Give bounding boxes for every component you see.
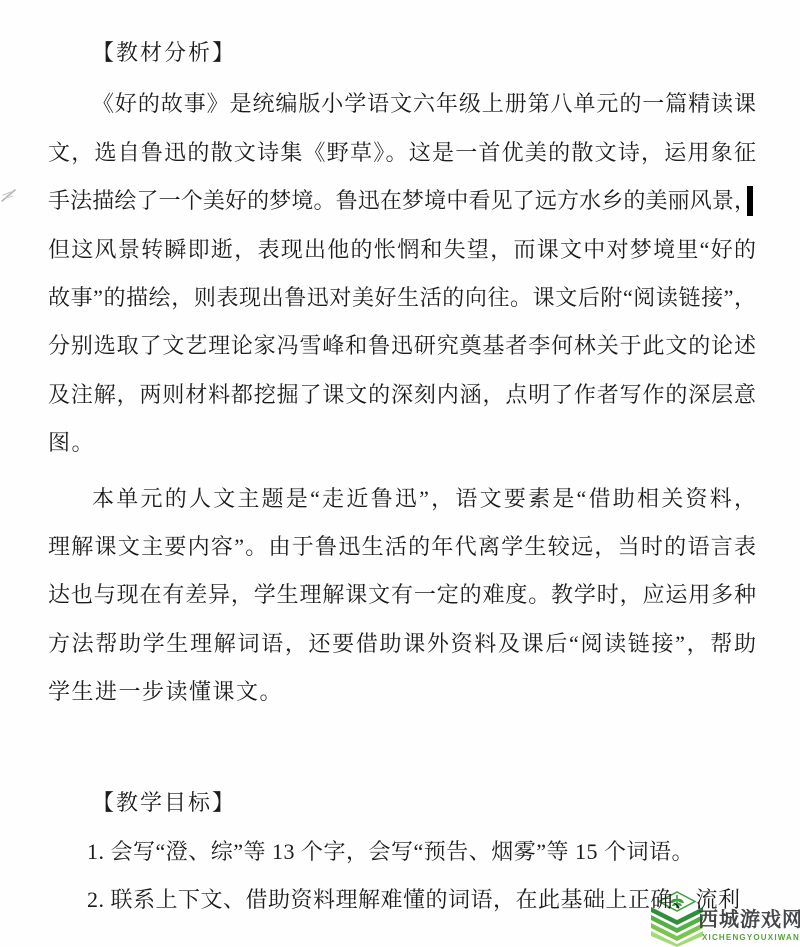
text-line: 文，选自鲁迅的散文诗集《野草》。这是一首优美的散文诗，运用象征 [48, 129, 756, 177]
text-line: 方法帮助学生理解词语，还要借助课外资料及课后“阅读链接”，帮助 [48, 620, 756, 668]
text-line: 达也与现在有差异，学生理解课文有一定的难度。教学时，应运用多种 [48, 571, 756, 619]
text-line: 分别选取了文艺理论家冯雪峰和鲁迅研究奠基者李何林关于此文的论述 [48, 322, 756, 370]
watermark-site-pinyin: XICHENGYOUXIWANG [702, 933, 800, 942]
text-line: 手法描绘了一个美好的梦境。鲁迅在梦境中看见了远方水乡的美丽风景， [48, 177, 756, 225]
text-line: 理解课文主要内容”。由于鲁迅生活的年代离学生较远，当时的语言表 [48, 523, 756, 571]
text-line: 但这风景转瞬即逝，表现出他的怅惘和失望，而课文中对梦境里“好的 [48, 226, 756, 274]
text-line: 《好的故事》是统编版小学语文六年级上册第八单元的一篇精读课 [48, 80, 756, 128]
smudge-mark [0, 182, 24, 208]
section-heading-goals: 【教学目标】 [48, 779, 756, 827]
list-item: 2. 联系上下文、借助资料理解难懂的词语，在此基础上正确、流利 [48, 876, 756, 924]
section-heading-analysis: 【教材分析】 [48, 29, 756, 77]
text-line: 故事”的描绘，则表现出鲁迅对美好生活的向往。课文后附“阅读链接”， [48, 274, 756, 322]
list-item: 1. 会写“澄、综”等 13 个字，会写“预告、烟雾”等 15 个词语。 [48, 828, 756, 876]
text-cursor [747, 186, 753, 216]
document-window: 【教材分析】 《好的故事》是统编版小学语文六年级上册第八单元的一篇精读课 文，选… [0, 0, 800, 947]
text-line: 及注解，两则材料都挖掘了课文的深刻内涵，点明了作者写作的深层意 [48, 371, 756, 419]
text-line: 学生进一步读懂课文。 [48, 668, 756, 716]
document-page[interactable]: 【教材分析】 《好的故事》是统编版小学语文六年级上册第八单元的一篇精读课 文，选… [48, 29, 756, 925]
text-line: 图。 [48, 419, 756, 467]
text-line: 本单元的人文主题是“走近鲁迅”，语文要素是“借助相关资料， [48, 475, 756, 523]
goals-list: 1. 会写“澄、综”等 13 个字，会写“预告、烟雾”等 15 个词语。 2. … [48, 828, 756, 925]
paragraph-analysis-2: 本单元的人文主题是“走近鲁迅”，语文要素是“借助相关资料， 理解课文主要内容”。… [48, 475, 756, 717]
paragraph-analysis-1: 《好的故事》是统编版小学语文六年级上册第八单元的一篇精读课 文，选自鲁迅的散文诗… [48, 80, 756, 467]
